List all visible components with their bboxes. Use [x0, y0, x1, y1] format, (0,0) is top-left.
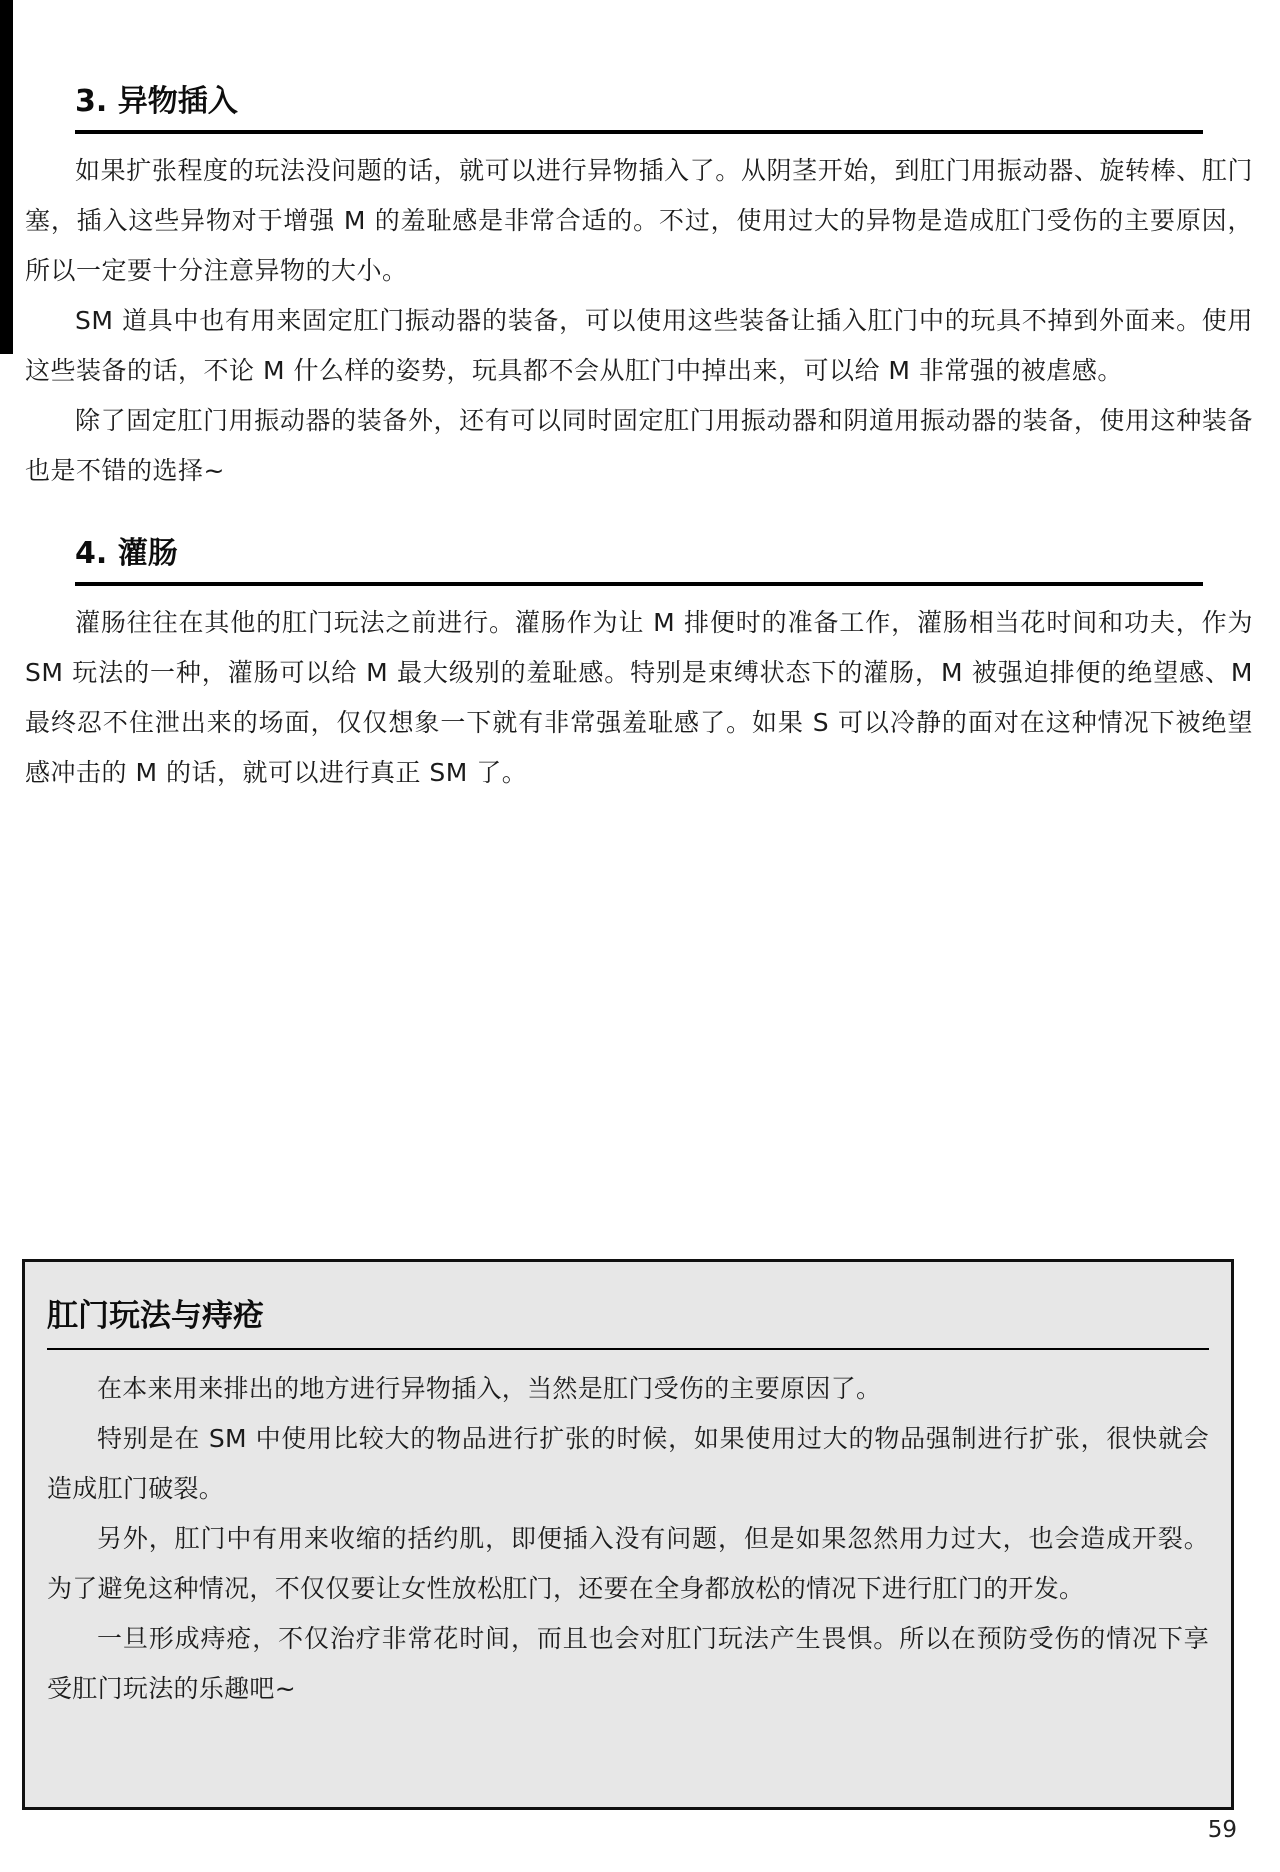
callout-paragraph-2: 特别是在 SM 中使用比较大的物品进行扩张的时候，如果使用过大的物品强制进行扩张… [47, 1414, 1209, 1514]
section-3-paragraph-3: 除了固定肛门用振动器的装备外，还有可以同时固定肛门用振动器和阴道用振动器的装备，… [25, 396, 1253, 496]
callout-title: 肛门玩法与痔疮 [47, 1298, 1209, 1335]
callout-paragraph-3: 另外，肛门中有用来收缩的括约肌，即便插入没有问题，但是如果忽然用力过大，也会造成… [47, 1514, 1209, 1614]
callout-title-rule [47, 1348, 1209, 1350]
section-4-heading: 4. 灌肠 [75, 536, 1203, 586]
page-number: 59 [1208, 1818, 1237, 1843]
main-content: 3. 异物插入 如果扩张程度的玩法没问题的话，就可以进行异物插入了。从阴茎开始，… [25, 0, 1253, 798]
callout-paragraph-1: 在本来用来排出的地方进行异物插入，当然是肛门受伤的主要原因了。 [47, 1364, 1209, 1414]
document-page: 3. 异物插入 如果扩张程度的玩法没问题的话，就可以进行异物插入了。从阴茎开始，… [0, 0, 1280, 1872]
section-4-paragraph-1: 灌肠往往在其他的肛门玩法之前进行。灌肠作为让 M 排便时的准备工作，灌肠相当花时… [25, 598, 1253, 798]
section-3-heading: 3. 异物插入 [75, 84, 1203, 134]
section-3-paragraph-1: 如果扩张程度的玩法没问题的话，就可以进行异物插入了。从阴茎开始，到肛门用振动器、… [25, 146, 1253, 296]
callout-paragraph-4: 一旦形成痔疮，不仅治疗非常花时间，而且也会对肛门玩法产生畏惧。所以在预防受伤的情… [47, 1614, 1209, 1714]
scan-edge-artifact [0, 0, 13, 354]
section-3-paragraph-2: SM 道具中也有用来固定肛门振动器的装备，可以使用这些装备让插入肛门中的玩具不掉… [25, 296, 1253, 396]
callout-box: 肛门玩法与痔疮 在本来用来排出的地方进行异物插入，当然是肛门受伤的主要原因了。 … [22, 1259, 1234, 1810]
